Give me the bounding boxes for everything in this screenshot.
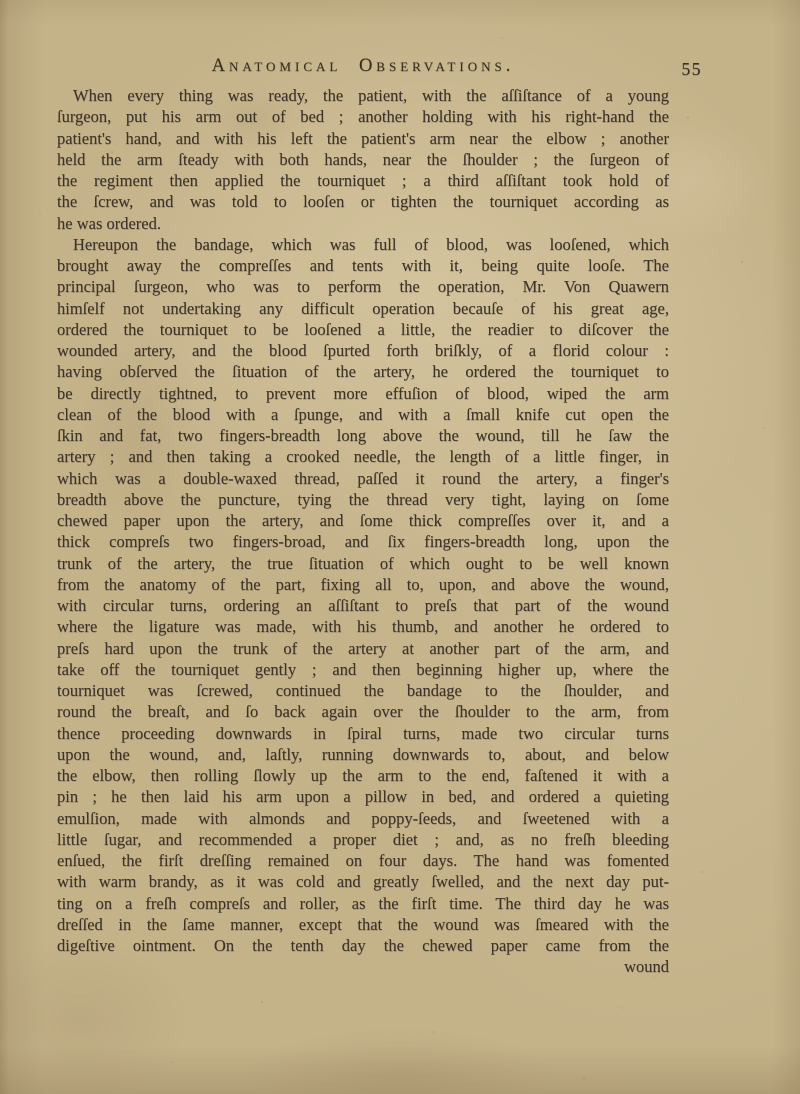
text-line: enſued, the firſt dreſſing remained on f… bbox=[57, 850, 669, 871]
text-line: take off the tourniquet gently ; and the… bbox=[57, 659, 669, 680]
text-line: which was a double-waxed thread, paſſed … bbox=[57, 468, 669, 489]
text-line: clean of the blood with a ſpunge, and wi… bbox=[57, 404, 669, 425]
body-text: When every thing was ready, the patient,… bbox=[57, 85, 669, 978]
catchword: wound bbox=[57, 956, 669, 977]
text-line: he was ordered. bbox=[57, 213, 669, 234]
book-page: Anatomical Observations. 55 When every t… bbox=[0, 0, 800, 1094]
text-line: upon the wound, and, laſtly, running dow… bbox=[57, 744, 669, 765]
text-line: digeſtive ointment. On the tenth day the… bbox=[57, 935, 669, 956]
text-line: trunk of the artery, the true ſituation … bbox=[57, 553, 669, 574]
text-line: emulſion, made with almonds and poppy-ſe… bbox=[57, 808, 669, 829]
text-line: wounded artery, and the blood ſpurted fo… bbox=[57, 340, 669, 361]
text-line: with warm brandy, as it was cold and gre… bbox=[57, 871, 669, 892]
text-line: pin ; he then laid his arm upon a pillow… bbox=[57, 786, 669, 807]
text-line: the regiment then applied the tourniquet… bbox=[57, 170, 669, 191]
text-line: with circular turns, ordering an aſſiſta… bbox=[57, 595, 669, 616]
text-line: little ſugar, and recommended a proper d… bbox=[57, 829, 669, 850]
text-line: artery ; and then taking a crooked needl… bbox=[57, 446, 669, 467]
text-line: When every thing was ready, the patient,… bbox=[57, 85, 669, 106]
text-line: the ſcrew, and was told to looſen or tig… bbox=[57, 191, 669, 212]
text-line: himſelf not undertaking any difficult op… bbox=[57, 298, 669, 319]
text-line: be directly tightned, to prevent more ef… bbox=[57, 383, 669, 404]
text-line: ting on a freſh compreſs and roller, as … bbox=[57, 893, 669, 914]
text-line: preſs hard upon the trunk of the artery … bbox=[57, 638, 669, 659]
text-line: thence proceeding downwards in ſpiral tu… bbox=[57, 723, 669, 744]
text-line: dreſſed in the ſame manner, except that … bbox=[57, 914, 669, 935]
text-line: ordered the tourniquet to be looſened a … bbox=[57, 319, 669, 340]
text-line: where the ligature was made, with his th… bbox=[57, 616, 669, 637]
text-line: from the anatomy of the part, fixing all… bbox=[57, 574, 669, 595]
text-line: breadth above the puncture, tying the th… bbox=[57, 489, 669, 510]
text-line: held the arm ſteady with both hands, nea… bbox=[57, 149, 669, 170]
text-line: Hereupon the bandage, which was full of … bbox=[57, 234, 669, 255]
text-line: patient's hand, and with his left the pa… bbox=[57, 128, 669, 149]
running-title: Anatomical Observations. bbox=[57, 56, 669, 77]
text-line: brought away the compreſſes and tents wi… bbox=[57, 255, 669, 276]
text-line: ſurgeon, put his arm out of bed ; anothe… bbox=[57, 106, 669, 127]
text-line: round the breaſt, and ſo back again over… bbox=[57, 701, 669, 722]
text-line: chewed paper upon the artery, and ſome t… bbox=[57, 510, 669, 531]
text-line: the elbow, then rolling ſlowly up the ar… bbox=[57, 765, 669, 786]
text-line: thick compreſs two fingers-broad, and ſi… bbox=[57, 531, 669, 552]
text-line: having obſerved the ſituation of the art… bbox=[57, 361, 669, 382]
text-line: ſkin and fat, two fingers-breadth long a… bbox=[57, 425, 669, 446]
text-line: principal ſurgeon, who was to perform th… bbox=[57, 276, 669, 297]
page-number: 55 bbox=[640, 59, 702, 80]
text-line: tourniquet was ſcrewed, continued the ba… bbox=[57, 680, 669, 701]
